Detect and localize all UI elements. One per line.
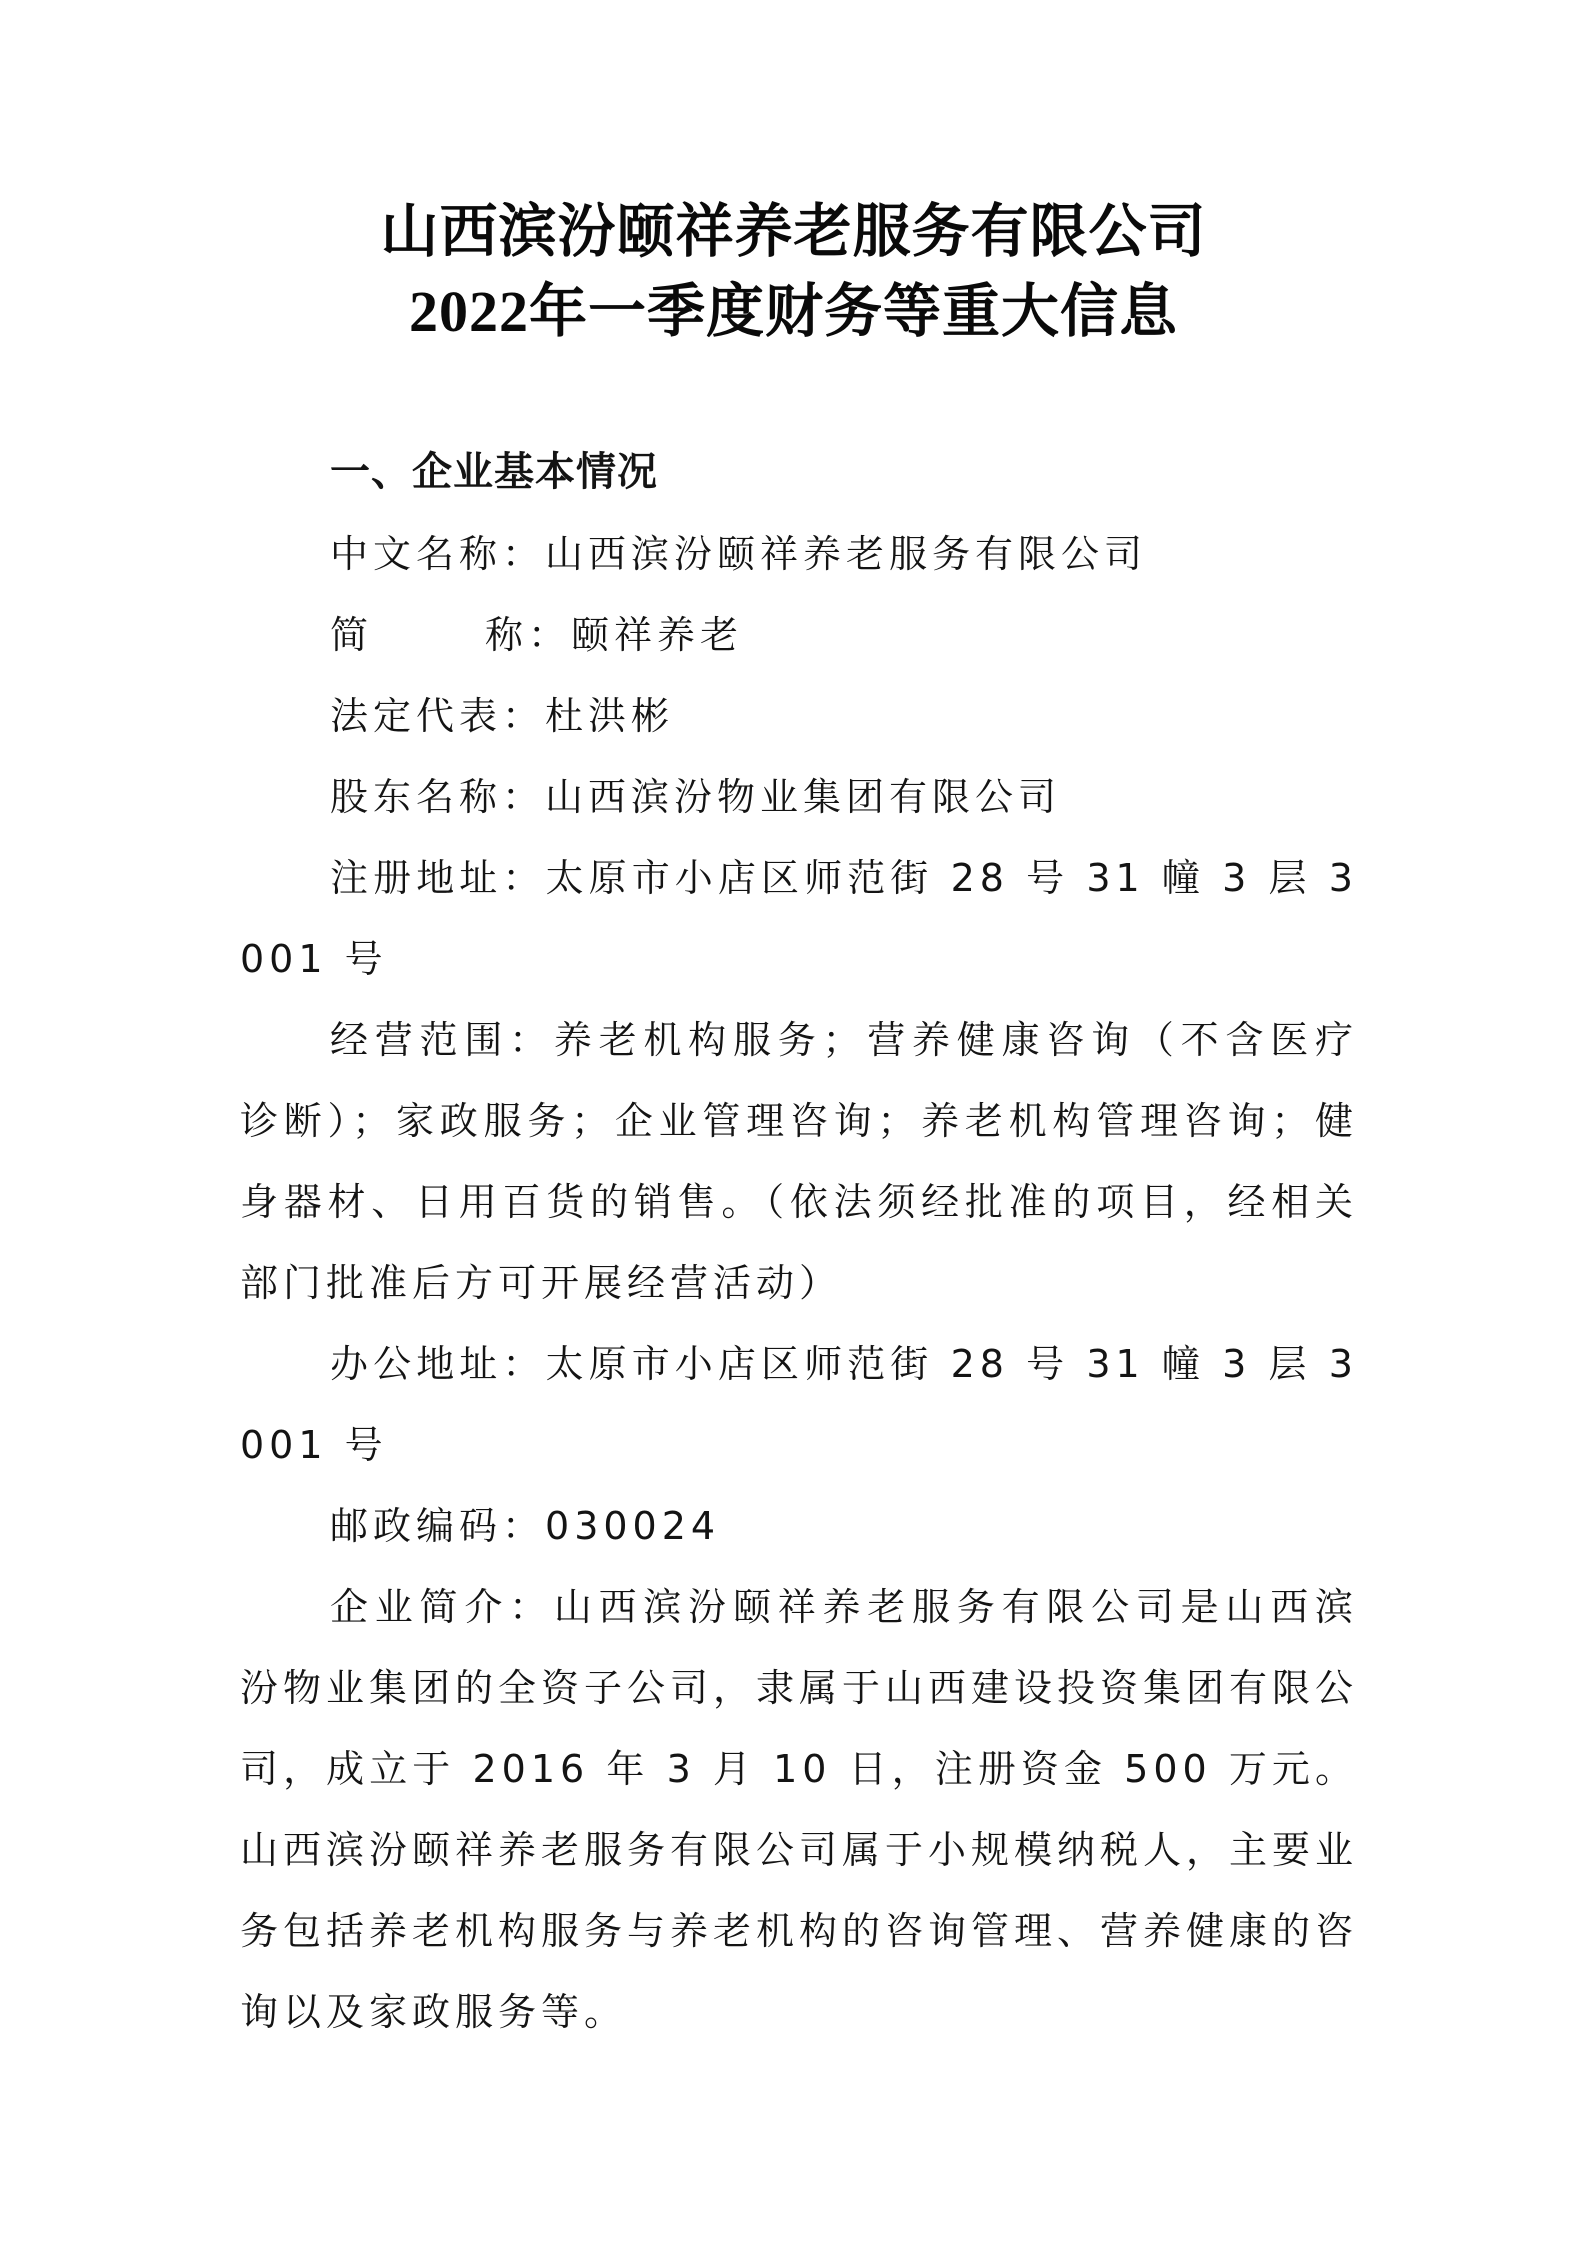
field-label: 办公地址： <box>330 1342 546 1386</box>
document-title: 山西滨汾颐祥养老服务有限公司 2022年一季度财务等重大信息 <box>0 192 1587 352</box>
field-label: 注册地址： <box>330 856 546 900</box>
field-value: 山西滨汾物业集团有限公司 <box>545 775 1061 819</box>
field-value: 山西滨汾颐祥养老服务有限公司 <box>545 532 1147 576</box>
field-label: 企业简介： <box>330 1585 554 1629</box>
field-value: 杜洪彬 <box>545 694 674 738</box>
field-label: 经营范围： <box>330 1018 554 1062</box>
field-label-part1: 简 <box>330 613 373 657</box>
field-chinese-name: 中文名称：山西滨汾颐祥养老服务有限公司 <box>240 514 1358 595</box>
field-value: 颐祥养老 <box>571 613 743 657</box>
field-postal-code: 邮政编码：030024 <box>240 1486 1358 1567</box>
document-body: 一、企业基本情况 中文名称：山西滨汾颐祥养老服务有限公司 简称：颐祥养老 法定代… <box>240 432 1358 2053</box>
title-line-report: 2022年一季度财务等重大信息 <box>0 272 1587 352</box>
field-business-scope: 经营范围：养老机构服务；营养健康咨询（不含医疗诊断）；家政服务；企业管理咨询；养… <box>240 1000 1358 1324</box>
section-heading-basic-info: 一、企业基本情况 <box>240 432 1358 513</box>
field-shareholder: 股东名称：山西滨汾物业集团有限公司 <box>240 757 1358 838</box>
document-page: 山西滨汾颐祥养老服务有限公司 2022年一季度财务等重大信息 一、企业基本情况 … <box>0 0 1587 2245</box>
field-legal-representative: 法定代表：杜洪彬 <box>240 676 1358 757</box>
field-company-profile: 企业简介：山西滨汾颐祥养老服务有限公司是山西滨汾物业集团的全资子公司，隶属于山西… <box>240 1567 1358 2053</box>
field-label: 邮政编码： <box>330 1504 545 1548</box>
field-label: 中文名称： <box>330 532 545 576</box>
field-value: 山西滨汾颐祥养老服务有限公司是山西滨汾物业集团的全资子公司，隶属于山西建设投资集… <box>240 1585 1358 2034</box>
field-label: 法定代表： <box>330 694 545 738</box>
field-office-address: 办公地址：太原市小店区师范街 28 号 31 幢 3 层 3001 号 <box>240 1324 1358 1486</box>
field-registered-address: 注册地址：太原市小店区师范街 28 号 31 幢 3 层 3001 号 <box>240 838 1358 1000</box>
field-label-part2: 称： <box>485 613 571 657</box>
title-line-company: 山西滨汾颐祥养老服务有限公司 <box>0 192 1587 272</box>
field-label: 股东名称： <box>330 775 545 819</box>
field-value: 030024 <box>545 1504 720 1548</box>
field-short-name: 简称：颐祥养老 <box>240 595 1358 676</box>
